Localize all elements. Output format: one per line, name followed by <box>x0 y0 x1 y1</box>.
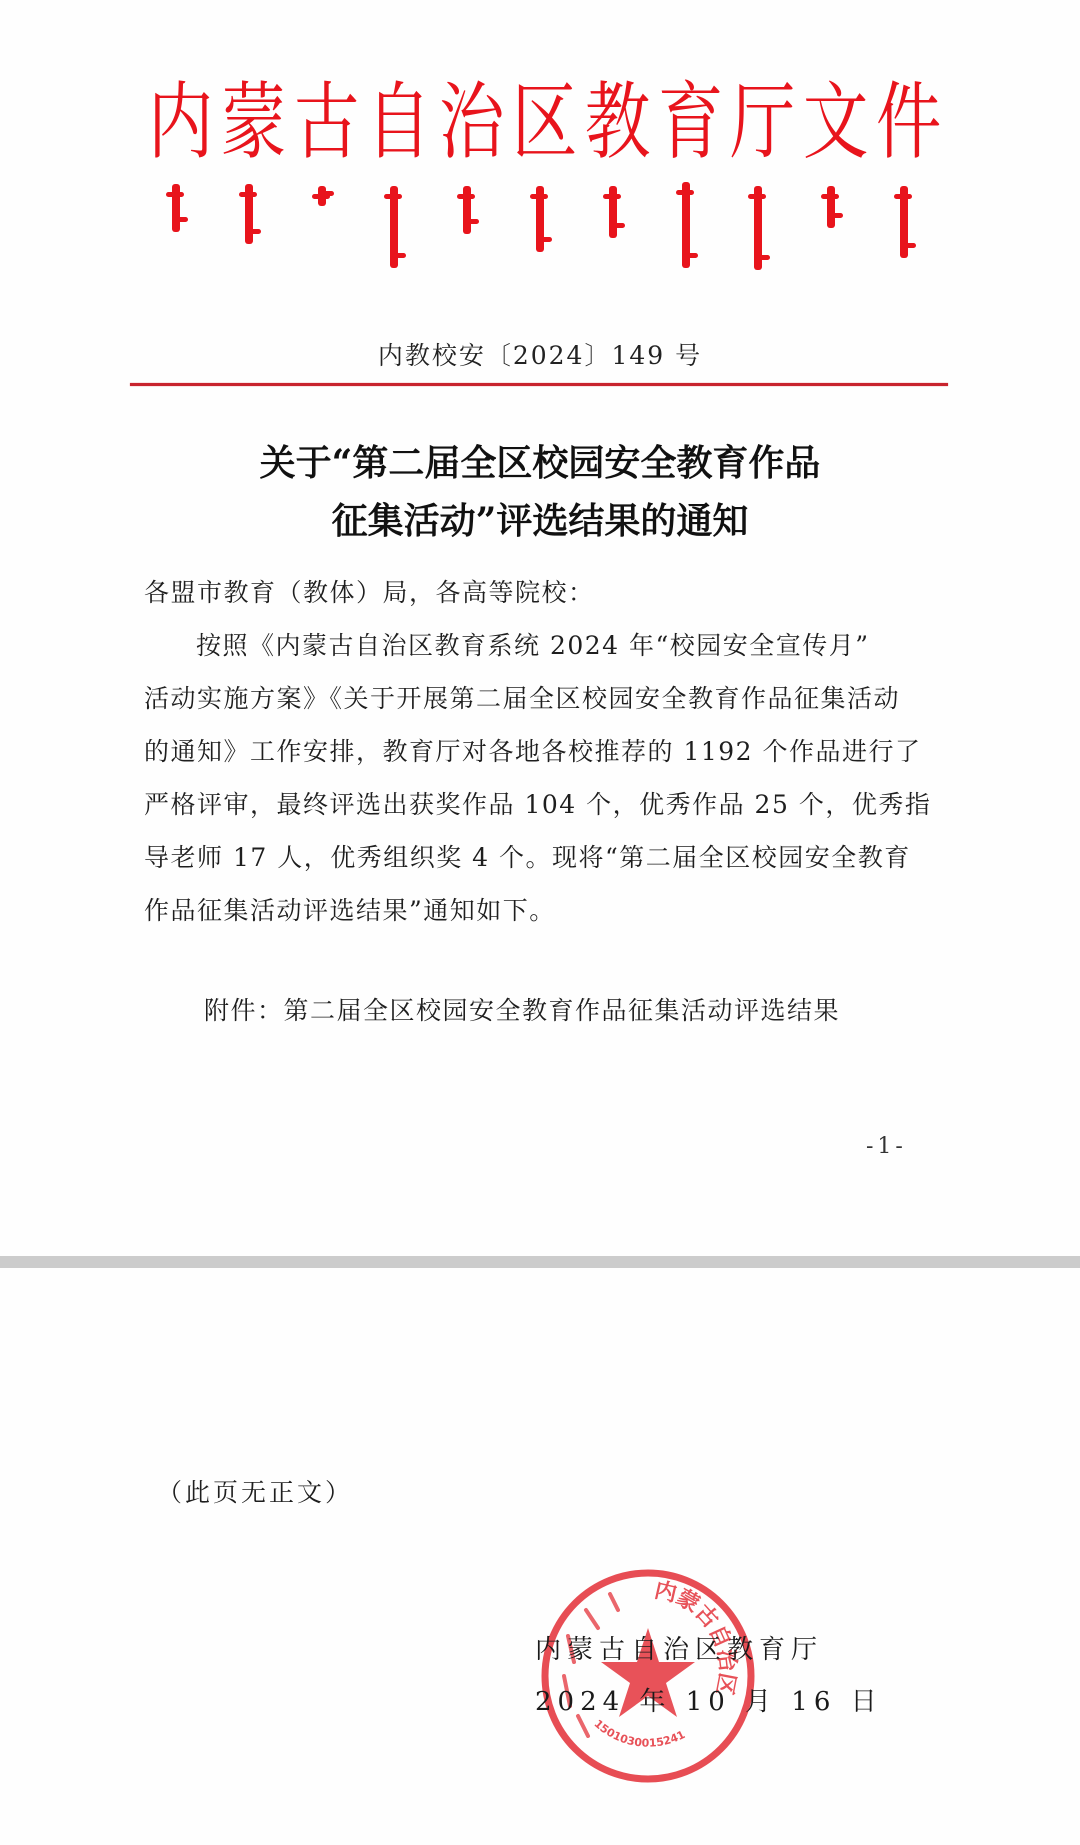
issuer-name: 内蒙古自治区教育厅 <box>535 1624 883 1676</box>
body-line: 严格评审，最终评选出获奖作品 104 个，优秀作品 25 个，优秀指 <box>144 778 944 831</box>
mongolian-word <box>504 182 576 292</box>
letterhead-char: 自 <box>366 70 422 174</box>
mongolian-word <box>431 182 503 292</box>
body-line: 导老师 17 人，优秀组织奖 4 个。现将“第二届全区校园安全教育 <box>144 831 944 884</box>
letterhead-char: 教 <box>585 70 641 174</box>
letterhead-char: 育 <box>657 70 713 174</box>
title-line-2: 征集活动”评选结果的通知 <box>0 492 1080 550</box>
title-line-1: 关于“第二届全区校园安全教育作品 <box>0 434 1080 492</box>
mongolian-word <box>650 182 722 292</box>
recipient-line: 各盟市教育（教体）局，各高等院校： <box>144 566 944 619</box>
letterhead-char: 区 <box>512 70 568 174</box>
letterhead-char: 内 <box>148 70 204 174</box>
mongolian-word <box>795 182 867 292</box>
mongolian-word <box>213 182 285 292</box>
letterhead-char: 治 <box>439 70 495 174</box>
mongolian-word <box>577 182 649 292</box>
page-number: -1- <box>866 1134 907 1159</box>
body-line: 活动实施方案》《关于开展第二届全区校园安全教育作品征集活动 <box>144 672 944 725</box>
mongolian-word <box>358 182 430 292</box>
no-body-note: （此页无正文） <box>157 1473 353 1509</box>
body-line: 按照《内蒙古自治区教育系统 2024 年“校园安全宣传月” <box>144 619 944 672</box>
signature-block: 内蒙古自治区教育厅 2024 年 10 月 16 日 <box>535 1624 883 1728</box>
attachment-note: 附件：第二届全区校园安全教育作品征集活动评选结果 <box>204 991 840 1027</box>
page-separator <box>0 1256 1080 1268</box>
issue-date: 2024 年 10 月 16 日 <box>535 1676 883 1728</box>
body-line: 的通知》工作安排，教育厅对各地各校推荐的 1192 个作品进行了 <box>144 725 944 778</box>
letterhead-mongolian-script <box>140 182 940 292</box>
document-number: 内教校安〔2024〕149 号 <box>0 336 1080 372</box>
mongolian-word <box>286 182 358 292</box>
letterhead-char: 蒙 <box>221 70 277 174</box>
document-title: 关于“第二届全区校园安全教育作品 征集活动”评选结果的通知 <box>0 434 1080 550</box>
document-body: 各盟市教育（教体）局，各高等院校： 按照《内蒙古自治区教育系统 2024 年“校… <box>144 566 944 937</box>
letterhead-char: 古 <box>294 70 350 174</box>
letterhead-title: 内 蒙 古 自 治 区 教 育 厅 文 件 <box>140 70 940 180</box>
red-divider-line <box>130 383 948 386</box>
body-line: 作品征集活动评选结果”通知如下。 <box>144 884 944 937</box>
mongolian-word <box>722 182 794 292</box>
letterhead-char: 文 <box>803 70 859 174</box>
letterhead-char: 厅 <box>730 70 786 174</box>
mongolian-word <box>140 182 212 292</box>
document-page-1: 内 蒙 古 自 治 区 教 育 厅 文 件 内教校安〔2024〕149 号 关于… <box>0 0 1080 1256</box>
mongolian-word <box>868 182 940 292</box>
letterhead-char: 件 <box>876 70 932 174</box>
